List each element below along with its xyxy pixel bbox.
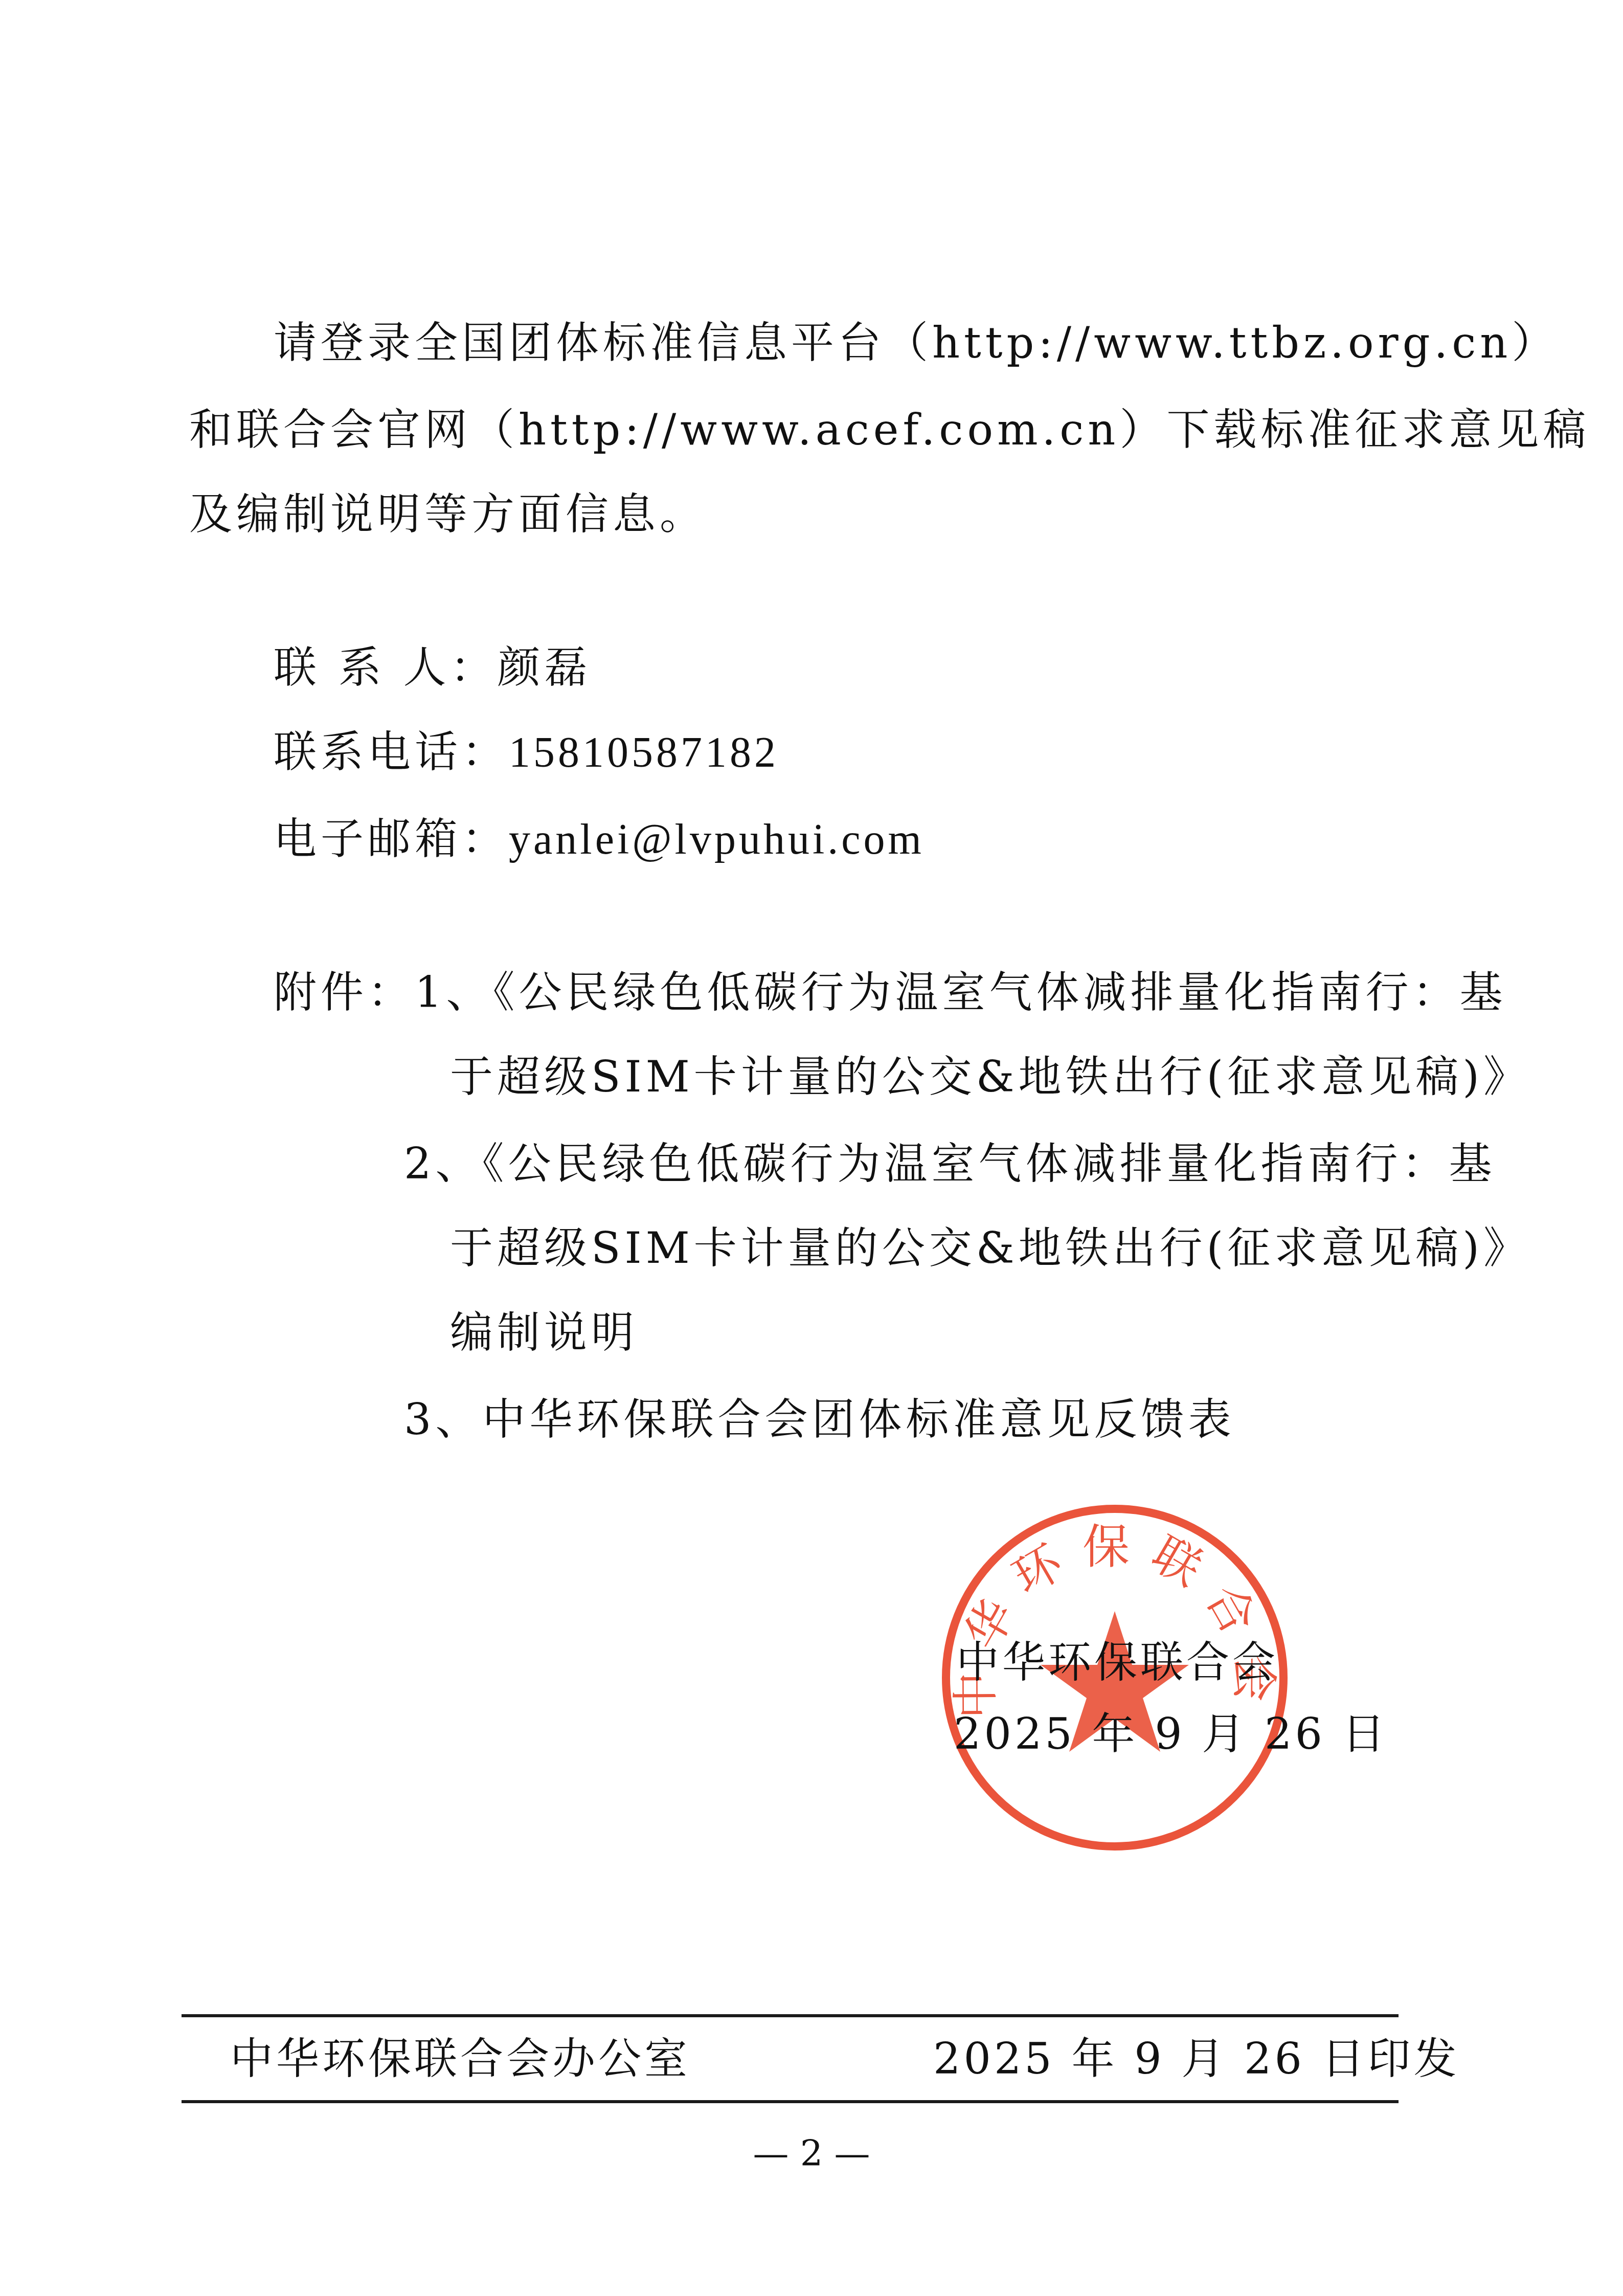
attachments-label: 附件：: [274, 967, 415, 1017]
contact-email-value[interactable]: yanlei@lvpuhui.com: [509, 816, 925, 863]
contact-phone-value: 15810587182: [509, 729, 779, 776]
contact-email: 电子邮箱：yanlei@lvpuhui.com: [274, 813, 925, 865]
attachment-2-line-2: 于超级SIM卡计量的公交&地铁出行(征求意见稿)》: [450, 1222, 1530, 1274]
contact-phone-label: 联系电话：: [274, 727, 509, 777]
contact-person-label: 联 系 人：: [274, 642, 497, 693]
attachment-2-line-3: 编制说明: [450, 1307, 638, 1358]
attachment-1: 附件：1、《公民绿色低碳行为温室气体减排量化指南行：基: [274, 967, 1506, 1018]
contact-person-value: 颜磊: [497, 642, 591, 693]
attachment-1-line-1: 《公民绿色低碳行为温室气体减排量化指南行：基: [493, 967, 1506, 1017]
attachment-1-line-2: 于超级SIM卡计量的公交&地铁出行(征求意见稿)》: [450, 1051, 1530, 1102]
signature-organization: 中华环保联合会: [956, 1637, 1278, 1688]
contact-person: 联 系 人：颜磊: [274, 642, 591, 693]
attachment-3: 3、中华环保联合会团体标准意见反馈表: [404, 1394, 1235, 1445]
footer-rule-bottom: [182, 2100, 1399, 2103]
attachment-3-line-1: 中华环保联合会团体标准意见反馈表: [482, 1394, 1235, 1444]
paragraph-line-3: 及编制说明等方面信息。: [189, 488, 707, 540]
contact-email-label: 电子邮箱：: [274, 814, 509, 864]
attachment-3-number: 3、: [404, 1394, 482, 1444]
attachment-2: 2、《公民绿色低碳行为温室气体减排量化指南行：基: [404, 1138, 1496, 1189]
footer-office: 中华环保联合会办公室: [230, 2033, 690, 2084]
attachment-1-number: 1、: [415, 967, 493, 1017]
footer-issued-date: 2025 年 9 月 26 日印发: [933, 2033, 1460, 2084]
attachment-2-line-1: 《公民绿色低碳行为温室气体减排量化指南行：基: [482, 1139, 1496, 1189]
contact-phone: 联系电话：15810587182: [274, 726, 779, 778]
paragraph-line-2: 和联合会官网（http://www.acef.com.cn）下载标准征求意见稿: [189, 404, 1590, 455]
page-number: — 2 —: [0, 2128, 1623, 2179]
signature-date: 2025 年 9 月 26 日: [954, 1708, 1388, 1759]
attachment-2-number: 2、: [404, 1139, 482, 1189]
footer-rule-top: [182, 2014, 1399, 2017]
paragraph-line-1: 请登录全国团体标准信息平台（http://www.ttbz.org.cn）: [274, 317, 1559, 368]
